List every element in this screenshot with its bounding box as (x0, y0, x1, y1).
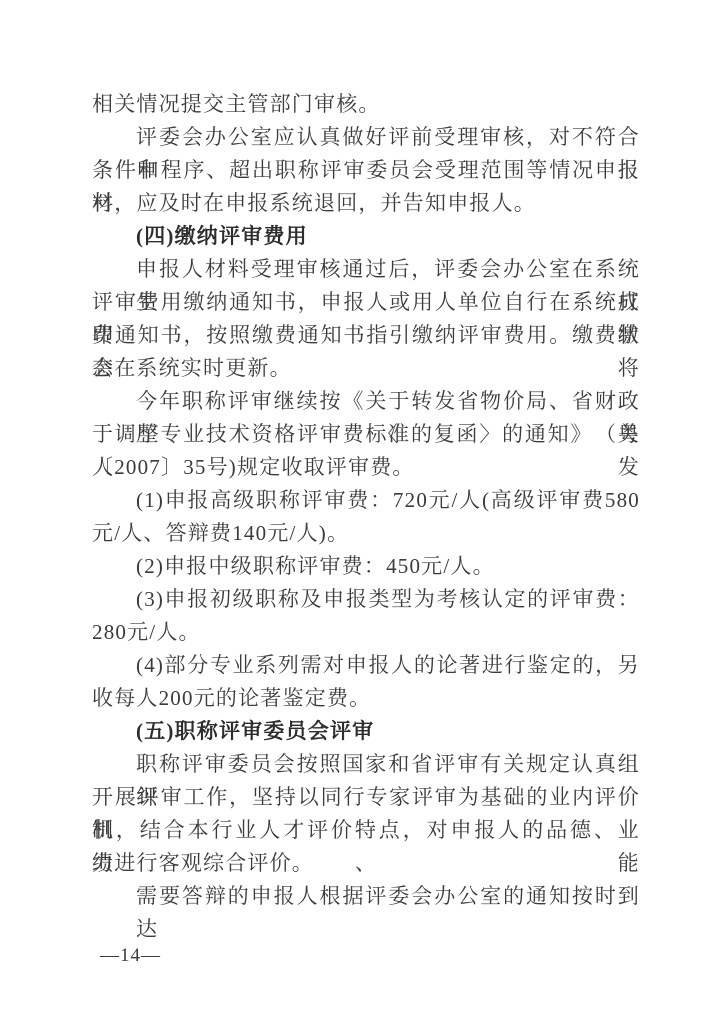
text-line: (3)申报初级职称及申报类型为考核认定的评审费： (92, 583, 640, 616)
section-heading: (四)缴纳评审费用 (92, 220, 640, 253)
text-line: 元/人、答辩费140元/人)。 (92, 517, 640, 550)
text-line: 280元/人。 (92, 616, 640, 649)
text-line: (2)申报中级职称评审费：450元/人。 (92, 550, 640, 583)
section-heading: (五)职称评审委员会评审 (92, 715, 640, 748)
text-line: 条件和程序、超出职称评审委员会受理范围等情况申报材 (92, 154, 640, 187)
text-line: 相关情况提交主管部门审核。 (92, 88, 640, 121)
text-line: 评审费用缴纳通知书，申报人或用人单位自行在系统打印缴 (92, 286, 640, 319)
text-line: 需要答辩的申报人根据评委会办公室的通知按时到达 (92, 880, 640, 913)
text-line: 评委会办公室应认真做好评前受理审核，对不符合申报 (92, 121, 640, 154)
text-line: 今年职称评审继续按《关于转发省物价局、省财政厅〈关 (92, 385, 640, 418)
text-line: 收每人200元的论著鉴定费。 (92, 682, 640, 715)
document-page: 相关情况提交主管部门审核。评委会办公室应认真做好评前受理审核，对不符合申报条件和… (0, 0, 724, 1024)
text-line: 申报人材料受理审核通过后，评委会办公室在系统生成 (92, 253, 640, 286)
text-line: (1)申报高级职称评审费：720元/人(高级评审费580 (92, 484, 640, 517)
text-line: 制，结合本行业人才评价特点，对申报人的品德、业绩、能 (92, 814, 640, 847)
text-line: 料，应及时在申报系统退回，并告知申报人。 (92, 187, 640, 220)
text-line: 开展评审工作，坚持以同行专家评审为基础的业内评价机 (92, 781, 640, 814)
text-line: 于调整专业技术资格评审费标准的复函〉的通知》 （粤人发 (92, 418, 640, 451)
page-number: —14— (100, 944, 161, 968)
text-line: 费通知书，按照缴费通知书指引缴纳评审费用。缴费状态将 (92, 319, 640, 352)
text-line: 职称评审委员会按照国家和省评审有关规定认真组织 (92, 748, 640, 781)
text-line: (4)部分专业系列需对申报人的论著进行鉴定的，另 (92, 649, 640, 682)
document-body: 相关情况提交主管部门审核。评委会办公室应认真做好评前受理审核，对不符合申报条件和… (92, 88, 640, 913)
